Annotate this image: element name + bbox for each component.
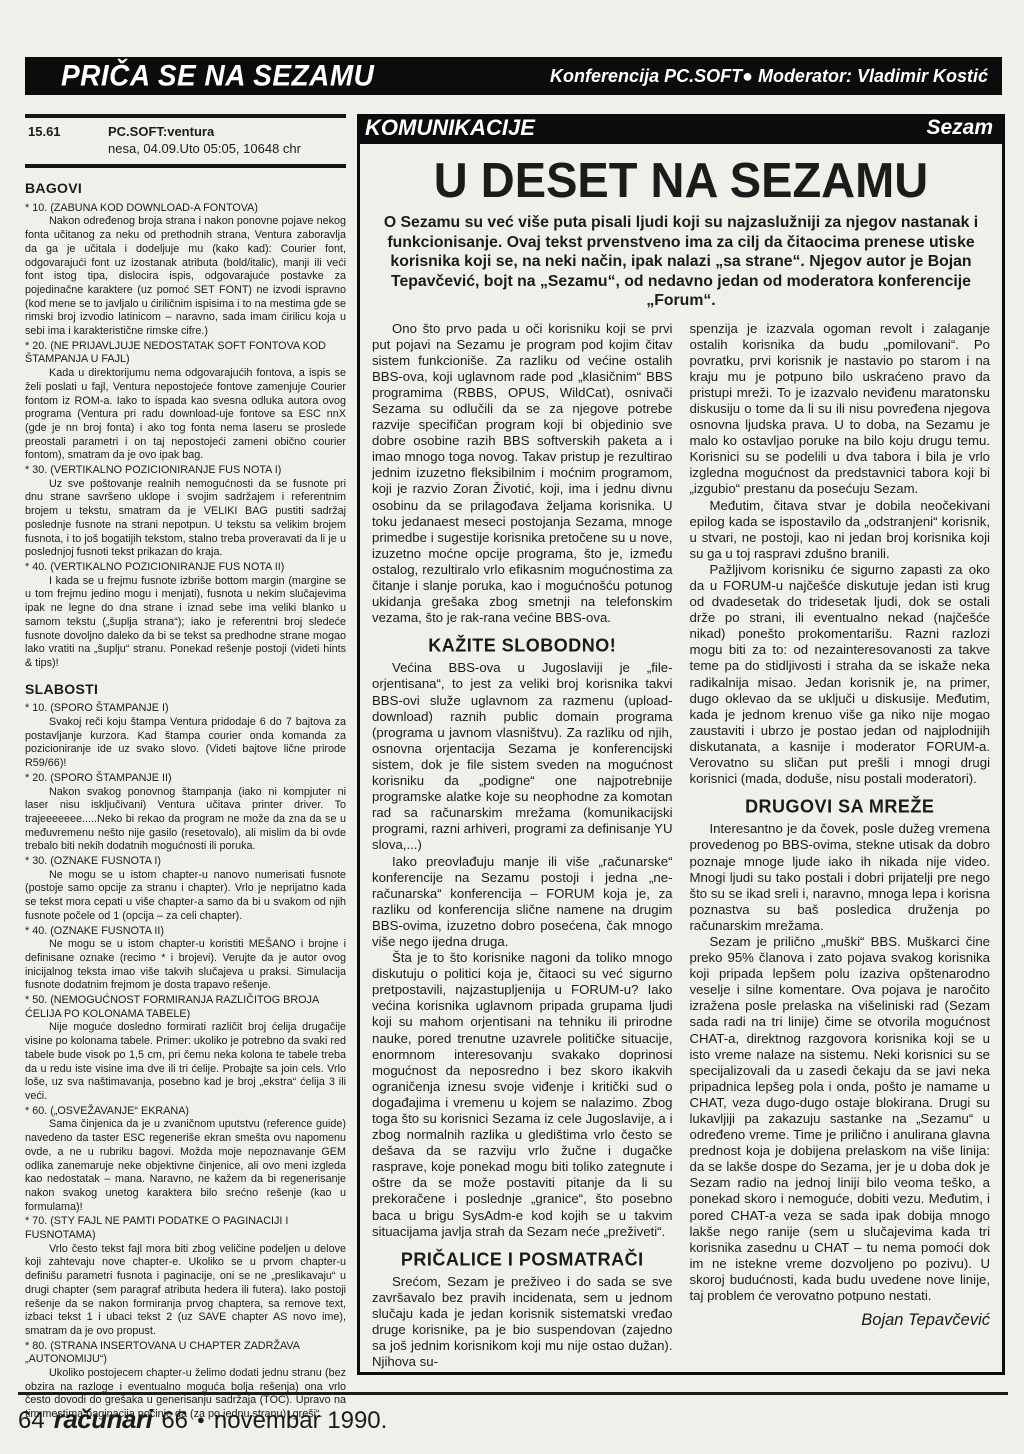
message-topic: PC.SOFT:ventura xyxy=(108,123,214,140)
message-id: 15.61 xyxy=(28,123,108,140)
block-item-title: * 30. (OZNAKE FUSNOTA I) xyxy=(25,855,346,869)
block-item-body: Vrlo često tekst fajl mora biti zbog vel… xyxy=(25,1243,346,1339)
article-title: U DESET NA SEZAMU xyxy=(372,151,990,209)
block-p: Pažljivom korisniku će sigurno zapasti z… xyxy=(690,562,991,787)
left-column: 15.61 PC.SOFT:ventura nesa, 04.09.Uto 05… xyxy=(25,114,346,1422)
left-column-blocks: BAGOVI* 10. (ZABUNA KOD DOWNLOAD-A FONTO… xyxy=(25,182,346,1422)
block-item-body: Nakon određenog broja strana i nakon pon… xyxy=(25,215,346,338)
top-header-bar: PRIČA SE NA SEZAMU Konferencija PC.SOFT●… xyxy=(25,57,1002,95)
issue-date: novembar 1990. xyxy=(214,1407,387,1435)
issue-number: 66 xyxy=(161,1407,188,1435)
block-item-body: Kada u direktorijumu nema odgovarajućih … xyxy=(25,367,346,463)
block-item-body: Sama činjenica da je u zvaničnom uputstv… xyxy=(25,1118,346,1214)
block-p: Iako preovlađuju manje ili više „računar… xyxy=(372,854,673,951)
block-item-title: * 10. (SPORO ŠTAMPANJE I) xyxy=(25,702,346,716)
block-item-body: I kada se u frejmu fusnote izbriše botto… xyxy=(25,575,346,671)
block-item-body: Ne mogu se u istom chapter-u koristiti M… xyxy=(25,938,346,993)
block-p: Međutim, čitava stvar je dobila neočekiv… xyxy=(690,498,991,562)
block-item-title: * 60. („OSVEŽAVANJE“ EKRANA) xyxy=(25,1105,346,1119)
bullet-separator-icon: ● xyxy=(197,1412,205,1427)
block-item-title: * 20. (NE PRIJAVLJUJE NEDOSTATAK SOFT FO… xyxy=(25,340,346,367)
block-heading: SLABOSTI xyxy=(25,683,346,697)
block-item-body: Nije moguće dosledno formirati različit … xyxy=(25,1021,346,1103)
page-number: 64 xyxy=(18,1407,45,1435)
block-item-title: * 50. (NEMOGUĆNOST FORMIRANJA RAZLIČITOG… xyxy=(25,994,346,1021)
block-p: Interesantno je da čovek, posle dužeg vr… xyxy=(690,821,991,934)
block-heading: BAGOVI xyxy=(25,182,346,196)
block-item-title: * 10. (ZABUNA KOD DOWNLOAD-A FONTOVA) xyxy=(25,202,346,216)
block-item-title: * 30. (VERTIKALNO POZICIONIRANJE FUS NOT… xyxy=(25,464,346,478)
magazine-page: PRIČA SE NA SEZAMU Konferencija PC.SOFT●… xyxy=(0,0,1024,1454)
block-p: Ono što prvo pada u oči korisniku koji s… xyxy=(372,321,673,627)
message-header: 15.61 PC.SOFT:ventura nesa, 04.09.Uto 05… xyxy=(25,114,346,168)
message-meta: nesa, 04.09.Uto 05:05, 10648 chr xyxy=(108,140,346,157)
block-item-title: * 40. (OZNAKE FUSNOTA II) xyxy=(25,925,346,939)
block-item-body: Svakoj reči koju štampa Ventura pridodaj… xyxy=(25,716,346,771)
block-p: Šta je to što korisnike nagoni da toliko… xyxy=(372,950,673,1240)
block-item-body: Uz sve poštovanje realnih nemogućnosti d… xyxy=(25,478,346,560)
block-item-title: * 70. (STY FAJL NE PAMTI PODATKE O PAGIN… xyxy=(25,1215,346,1242)
article-lead: O Sezamu su već više puta pisali ljudi k… xyxy=(382,213,980,311)
block-h: KAŽITE SLOBODNO! xyxy=(372,637,673,654)
article-columns: Ono što prvo pada u oči korisniku koji s… xyxy=(372,321,990,1371)
brand-label: Sezam xyxy=(926,116,1005,140)
article-box: U DESET NA SEZAMU O Sezamu su već više p… xyxy=(357,141,1005,1375)
block-item-title: * 40. (VERTIKALNO POZICIONIRANJE FUS NOT… xyxy=(25,561,346,575)
conference-moderator-label: Konferencija PC.SOFT● Moderator: Vladimi… xyxy=(550,66,1002,87)
message-header-row: 15.61 PC.SOFT:ventura xyxy=(28,123,346,140)
magazine-logo: računari xyxy=(54,1404,153,1435)
section-title: PRIČA SE NA SEZAMU xyxy=(25,59,374,93)
block-p: Srećom, Sezam je preživeo i do sada se s… xyxy=(372,1274,673,1371)
block-p: Sezam je prilično „muški“ BBS. Muškarci … xyxy=(690,934,991,1304)
block-sig: Bojan Tepavčević xyxy=(690,1312,991,1328)
rubric-label: KOMUNIKACIJE xyxy=(357,114,535,141)
block-item-title: * 80. (STRANA INSERTOVANA U CHAPTER ZADR… xyxy=(25,1340,346,1367)
article-kicker-bar: KOMUNIKACIJE Sezam xyxy=(357,114,1005,141)
page-footer: 64 računari 66 ● novembar 1990. xyxy=(18,1392,1008,1435)
article-column-2: spenzija je izazvala ogoman revolt i zal… xyxy=(690,321,991,1371)
block-h: PRIČALICE I POSMATRAČI xyxy=(372,1250,673,1267)
block-item-body: Nakon svakog ponovnog štampanja (iako ni… xyxy=(25,786,346,855)
block-item-title: * 20. (SPORO ŠTAMPANJE II) xyxy=(25,772,346,786)
block-pc: spenzija je izazvala ogoman revolt i zal… xyxy=(690,321,991,498)
block-h: DRUGOVI SA MREŽE xyxy=(690,798,991,815)
block-item-body: Ne mogu se u istom chapter-u nanovo nume… xyxy=(25,869,346,924)
article-column-1: Ono što prvo pada u oči korisniku koji s… xyxy=(372,321,673,1371)
block-p: Većina BBS-ova u Jugoslaviji je „file-or… xyxy=(372,660,673,853)
